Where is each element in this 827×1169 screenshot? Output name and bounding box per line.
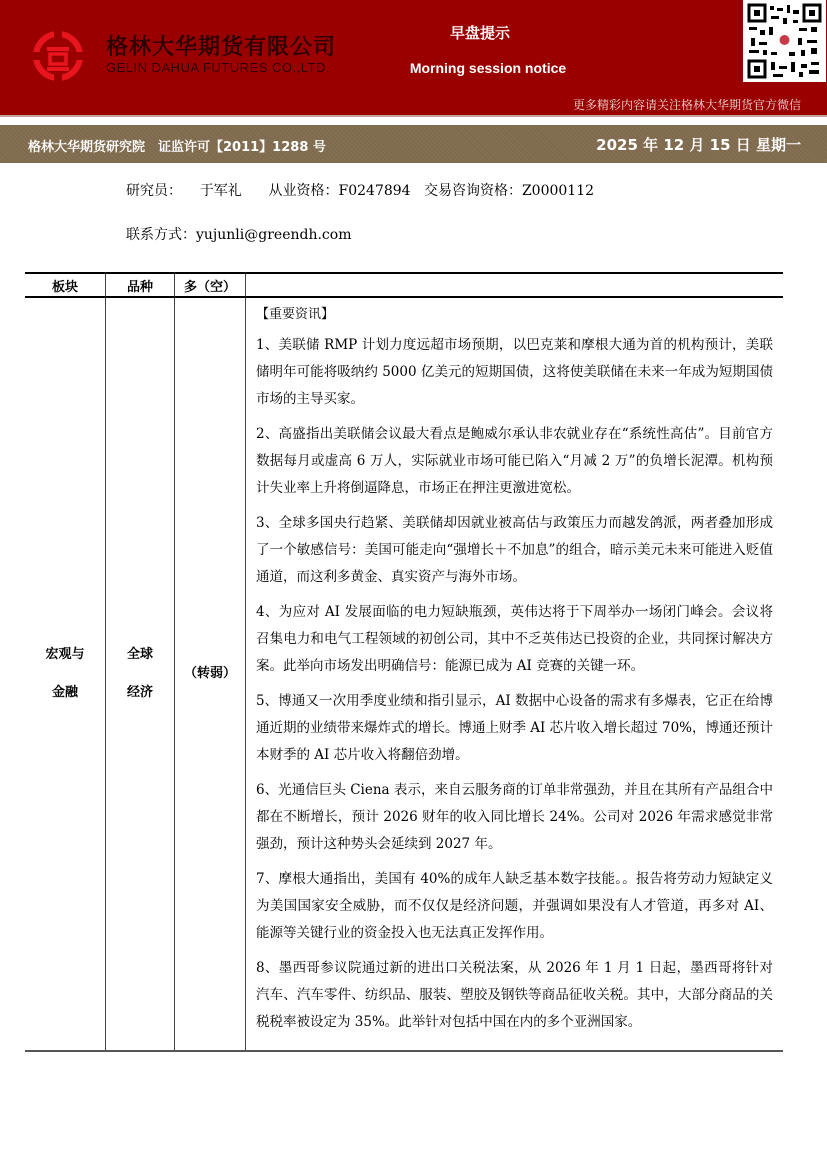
wechat-follow-note: 更多精彩内容请关注格林大华期货官方微信 [573, 96, 801, 113]
banner-divider [0, 115, 827, 117]
notice-title-cn: 早盘提示 [400, 22, 560, 43]
contact-label: 联系方式： [126, 227, 196, 243]
contact-email[interactable]: yujunli@greendh.com [196, 227, 351, 243]
table-row: 宏观与 金融 全球 经济 （转弱） 【重要资讯】 1、美联储 RMP 计划力度远… [25, 297, 783, 1051]
institute-info-bar: 格林大华期货研究院 证监许可【2011】1288 号 2025 年 12 月 1… [0, 125, 827, 163]
qualification-number: F0247894 [339, 183, 411, 199]
sector-line-2: 金融 [25, 674, 105, 712]
researcher-info: 研究员： 于军礼 从业资格：F0247894 交易咨询资格：Z0000112 [126, 180, 594, 200]
company-name-cn: 格林大华期货有限公司 [106, 30, 336, 61]
sector-line-1: 宏观与 [25, 636, 105, 674]
section-title: 【重要资讯】 [256, 304, 773, 326]
company-logo-icon [33, 31, 83, 81]
news-item-2: 2、高盛指出美联储会议最大看点是鲍威尔承认非农就业存在“系统性高估”。目前官方数… [256, 421, 773, 502]
trading-qualification-number: Z0000112 [522, 183, 594, 199]
news-item-8: 8、墨西哥参议院通过新的进出口关税法案，从 2026 年 1 月 1 日起，墨西… [256, 955, 773, 1036]
column-header-variety: 品种 [106, 273, 175, 297]
report-date: 2025 年 12 月 15 日 星期一 [596, 134, 801, 155]
news-item-5: 5、博通又一次用季度业绩和指引显示，AI 数据中心设备的需求有多爆表，它正在给博… [256, 688, 773, 769]
variety-line-2: 经济 [106, 674, 174, 712]
wechat-qr-code-icon [743, 0, 826, 82]
trading-qualification-label: 交易咨询资格： [424, 183, 522, 199]
qualification-label: 从业资格： [269, 183, 339, 199]
news-item-6: 6、光通信巨头 Ciena 表示，来自云服务商的订单非常强劲，并且在其所有产品组… [256, 777, 773, 858]
news-item-3: 3、全球多国央行趋紧、美联储却因就业被高估与政策压力而越发鸽派，两者叠加形成了一… [256, 510, 773, 591]
institute-license: 格林大华期货研究院 证监许可【2011】1288 号 [28, 136, 326, 155]
direction-cell: （转弱） [175, 297, 246, 1051]
table-header-row: 板块 品种 多（空） [25, 273, 783, 297]
column-header-sector: 板块 [25, 273, 106, 297]
header-banner: 格林大华期货有限公司 GELIN DAHUA FUTURES CO.,LTD. … [0, 0, 827, 115]
researcher-name: 于军礼 [200, 183, 242, 199]
researcher-label: 研究员： [126, 183, 182, 199]
news-item-1: 1、美联储 RMP 计划力度远超市场预期，以巴克莱和摩根大通为首的机构预计，美联… [256, 332, 773, 413]
news-content-cell: 【重要资讯】 1、美联储 RMP 计划力度远超市场预期，以巴克莱和摩根大通为首的… [246, 297, 784, 1051]
column-header-direction: 多（空） [175, 273, 246, 297]
sector-cell: 宏观与 金融 [25, 297, 106, 1051]
news-item-7: 7、摩根大通指出，美国有 40%的成年人缺乏基本数字技能。。报告将劳动力短缺定义… [256, 866, 773, 947]
variety-cell: 全球 经济 [106, 297, 175, 1051]
variety-line-1: 全球 [106, 636, 174, 674]
news-item-4: 4、为应对 AI 发展面临的电力短缺瓶颈，英伟达将于下周举办一场闭门峰会。会议将… [256, 599, 773, 680]
analysis-table: 板块 品种 多（空） 宏观与 金融 全球 经济 （转弱） 【重要资讯】 1、美联… [25, 272, 783, 1052]
contact-info: 联系方式：yujunli@greendh.com [126, 224, 351, 244]
column-header-content [246, 273, 784, 297]
company-name-en: GELIN DAHUA FUTURES CO.,LTD. [106, 60, 330, 75]
notice-title-en: Morning session notice [400, 60, 576, 76]
